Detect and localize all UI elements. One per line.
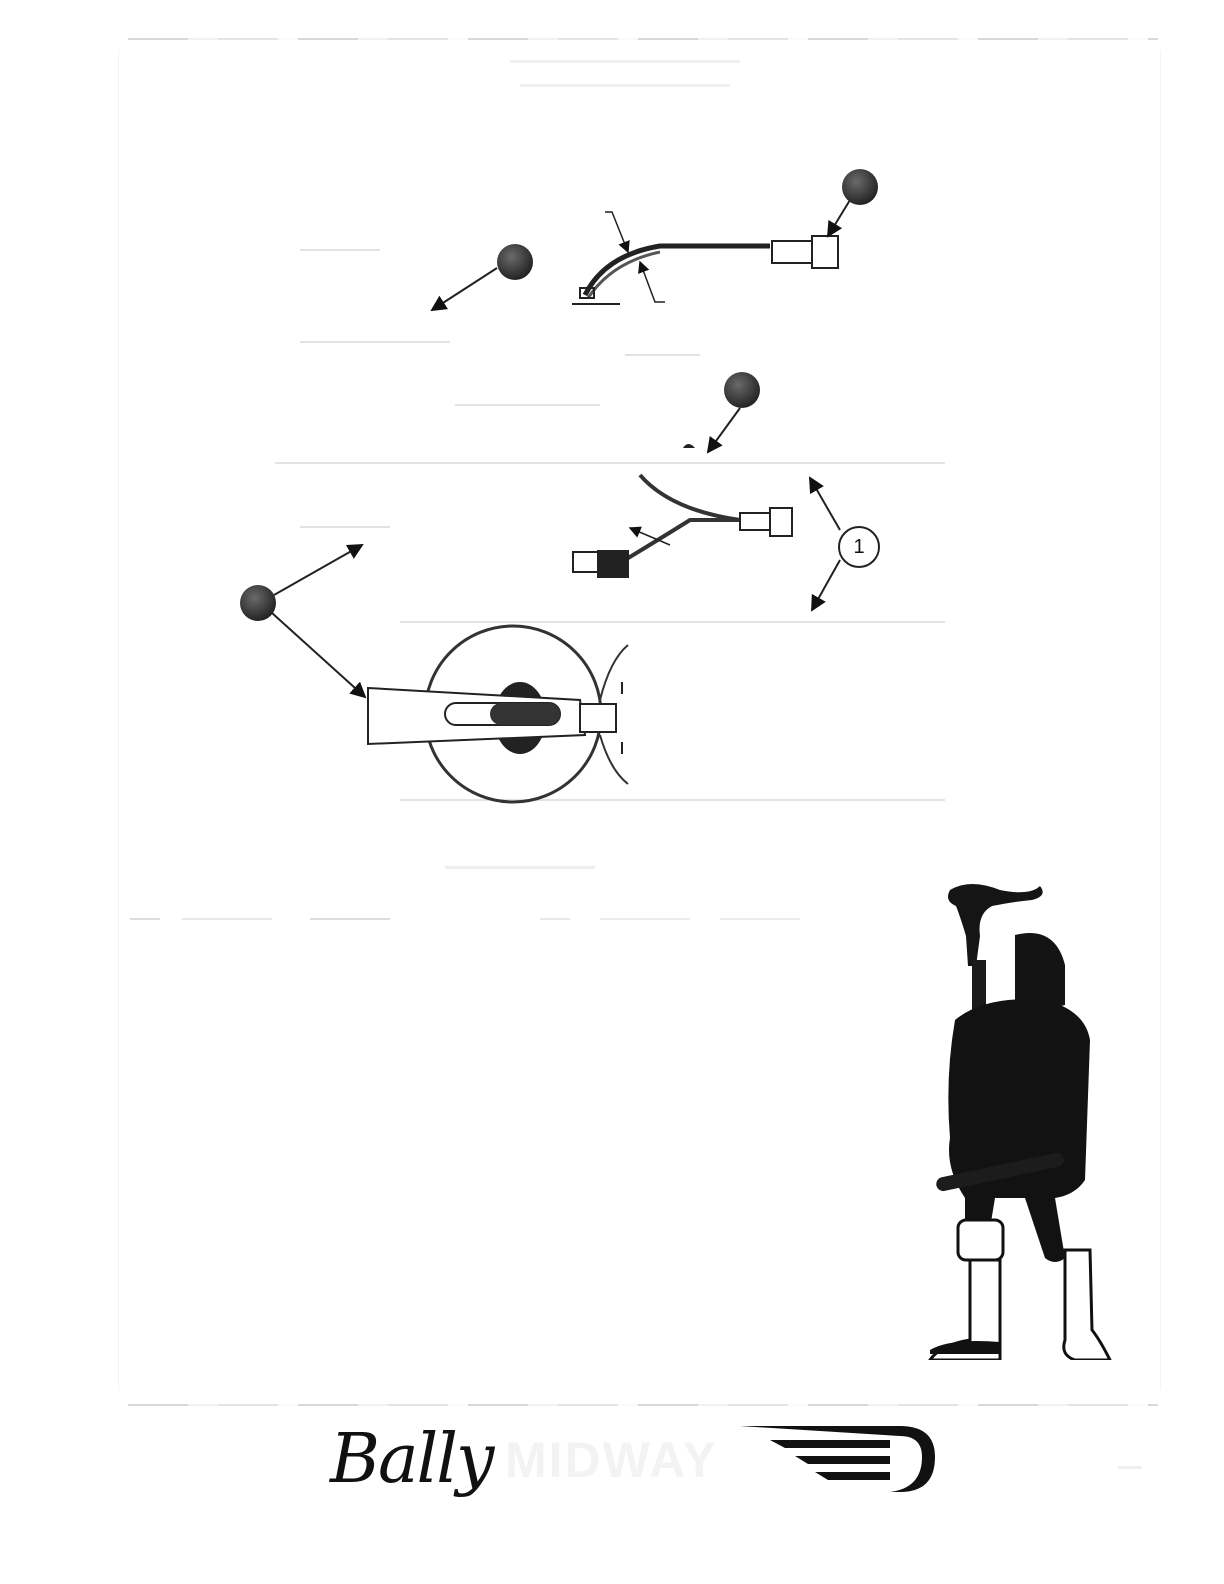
- midway-logo-word: MIDWAY: [505, 1410, 735, 1510]
- callout-number: 1: [838, 526, 880, 568]
- assembly-diagram: [0, 0, 1224, 840]
- callout-ball-bracket: [724, 372, 760, 408]
- lifter-assembly: [368, 626, 628, 802]
- coil-harness: [573, 408, 792, 578]
- page-frame-bottom: [128, 1404, 1158, 1406]
- figure-caption-faded: [445, 866, 595, 869]
- bally-logo-script: Bally: [330, 1410, 500, 1510]
- character-illustration: [920, 880, 1150, 1360]
- callout-ball-connector: [842, 169, 878, 205]
- parts-table-faded: [130, 918, 910, 1118]
- page-number-faded: [1118, 1466, 1142, 1469]
- midway-wing-logo-icon: [740, 1412, 940, 1502]
- callout-ball-lifter: [240, 585, 276, 621]
- callout-ball-plunger: [497, 244, 533, 280]
- switch-assembly: [572, 200, 850, 304]
